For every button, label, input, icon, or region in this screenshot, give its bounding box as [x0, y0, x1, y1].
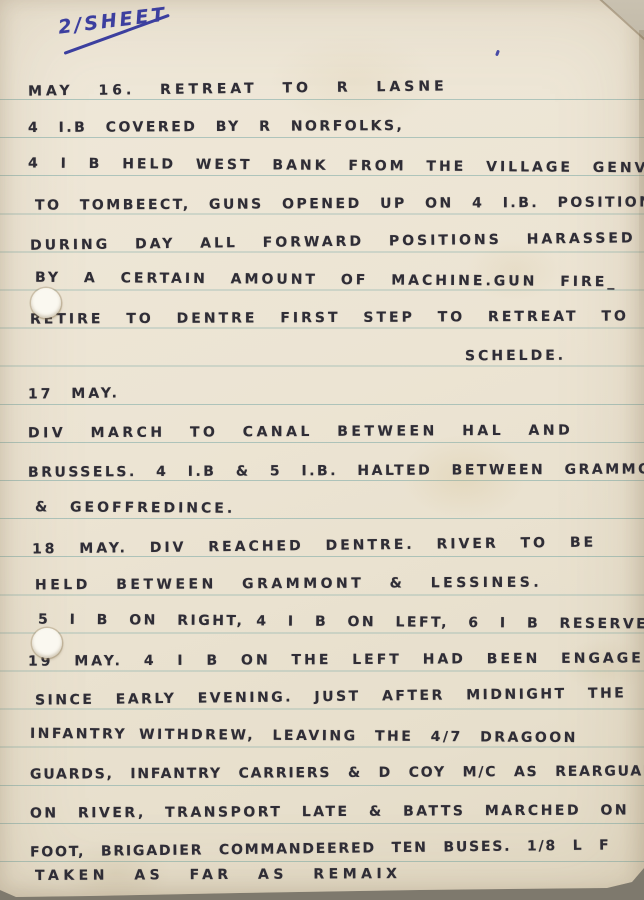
- handwritten-line: SINCE EARLY EVENING. JUST AFTER MIDNIGHT…: [35, 683, 627, 710]
- handwritten-line: DURING DAY ALL FORWARD POSITIONS HARASSE…: [30, 228, 636, 255]
- handwritten-text: DURING DAY ALL FORWARD POSITIONS HARASSE…: [30, 230, 636, 253]
- handwritten-text: 4 I B ON LEFT, 6 I B RESERVE: [256, 613, 644, 632]
- handwritten-line: SCHELDE.: [465, 346, 566, 367]
- handwritten-line: ON RIVER, TRANSPORT LATE & BATTS MARCHED…: [30, 800, 629, 823]
- handwritten-text: 17 MAY.: [28, 385, 120, 402]
- handwritten-line: BRUSSELS. 4 I.B & 5 I.B. HALTED BETWEEN …: [28, 459, 644, 482]
- handwriting-layer: MAY 16. RETREAT TO R LASNE4 I.B COVERED …: [0, 0, 644, 900]
- handwritten-line: GUARDS, INFANTRY CARRIERS & D COY M/C AS…: [30, 761, 644, 784]
- handwritten-text: BY A CERTAIN AMOUNT OF MACHINE.GUN FIRE_: [35, 270, 617, 291]
- handwritten-text: 5 I B ON RIGHT,: [38, 612, 244, 630]
- handwritten-text: WITHDREW, LEAVING THE 4/7 DRAGOON: [139, 727, 578, 746]
- handwritten-line: DIV MARCH TO CANAL BETWEEN HAL AND: [28, 421, 573, 444]
- handwritten-text: & GEOFFREDINCE.: [35, 499, 235, 517]
- handwritten-text: 4 I.B COVERED BY R NORFOLKS,: [28, 118, 404, 136]
- handwritten-text: TAKEN AS FAR AS REMAIX: [35, 866, 402, 884]
- handwritten-line: RETIRE TO DENTRE FIRST STEP TO RETREAT T…: [30, 306, 629, 329]
- handwritten-text: 18 MAY. DIV REACHED DENTRE. RIVER TO BE: [32, 535, 596, 558]
- handwritten-text: ON RIVER, TRANSPORT LATE & BATTS MARCHED…: [30, 802, 629, 821]
- scanned-page-background: 2/SHEET MAY 16. RETREAT TO R LASNE4 I.B …: [0, 0, 644, 900]
- handwritten-text: RETIRE TO DENTRE FIRST STEP TO RETREAT T…: [30, 308, 629, 327]
- handwritten-text: SCHELDE.: [465, 348, 566, 365]
- handwritten-text: 19 MAY. 4 I B ON THE LEFT HAD BEEN ENGAG…: [28, 650, 644, 669]
- handwritten-line: FOOT, BRIGADIER COMMANDEERED TEN BUSES. …: [30, 835, 611, 862]
- handwritten-line: 4 I B HELD WEST BANK FROM THE VILLAGE GE…: [28, 153, 644, 178]
- handwritten-text: 4 I B HELD WEST BANK FROM THE VILLAGE GE…: [28, 155, 644, 176]
- handwritten-line: 17 MAY.: [28, 383, 120, 404]
- handwritten-line: HELD BETWEEN GRAMMONT & LESSINES.: [35, 573, 542, 596]
- punch-hole-bottom: [32, 628, 62, 658]
- handwritten-text: FOOT, BRIGADIER COMMANDEERED TEN BUSES. …: [30, 837, 611, 860]
- handwritten-text: BRUSSELS. 4 I.B & 5 I.B. HALTED BETWEEN …: [28, 461, 644, 480]
- handwritten-text: INFANTRY: [30, 726, 127, 743]
- handwritten-line: & GEOFFREDINCE.: [35, 497, 235, 519]
- handwritten-text: DIV MARCH TO CANAL BETWEEN HAL AND: [28, 423, 573, 442]
- handwritten-line: INFANTRYWITHDREW, LEAVING THE 4/7 DRAGOO…: [30, 724, 578, 748]
- handwritten-line: 5 I B ON RIGHT,4 I B ON LEFT, 6 I B RESE…: [38, 610, 644, 635]
- punch-hole-top: [31, 288, 61, 318]
- handwritten-text: GUARDS, INFANTRY CARRIERS & D COY M/C AS…: [30, 763, 644, 782]
- handwritten-line: 18 MAY. DIV REACHED DENTRE. RIVER TO BE: [32, 533, 596, 560]
- handwritten-line: MAY 16. RETREAT TO R LASNE: [28, 76, 448, 101]
- handwritten-text: HELD BETWEEN GRAMMONT & LESSINES.: [35, 575, 542, 594]
- handwritten-line: TO TOMBEECT, GUNS OPENED UP ON 4 I.B. PO…: [35, 192, 644, 215]
- handwritten-line: 4 I.B COVERED BY R NORFOLKS,: [28, 116, 404, 138]
- handwritten-line: BY A CERTAIN AMOUNT OF MACHINE.GUN FIRE_: [35, 268, 618, 293]
- handwritten-text: TO TOMBEECT, GUNS OPENED UP ON 4 I.B. PO…: [35, 194, 644, 213]
- handwritten-line: 19 MAY. 4 I B ON THE LEFT HAD BEEN ENGAG…: [28, 648, 644, 671]
- handwritten-text: MAY 16. RETREAT TO R LASNE: [28, 78, 448, 99]
- handwritten-line: TAKEN AS FAR AS REMAIX: [35, 864, 402, 886]
- handwritten-text: SINCE EARLY EVENING. JUST AFTER MIDNIGHT…: [35, 685, 626, 708]
